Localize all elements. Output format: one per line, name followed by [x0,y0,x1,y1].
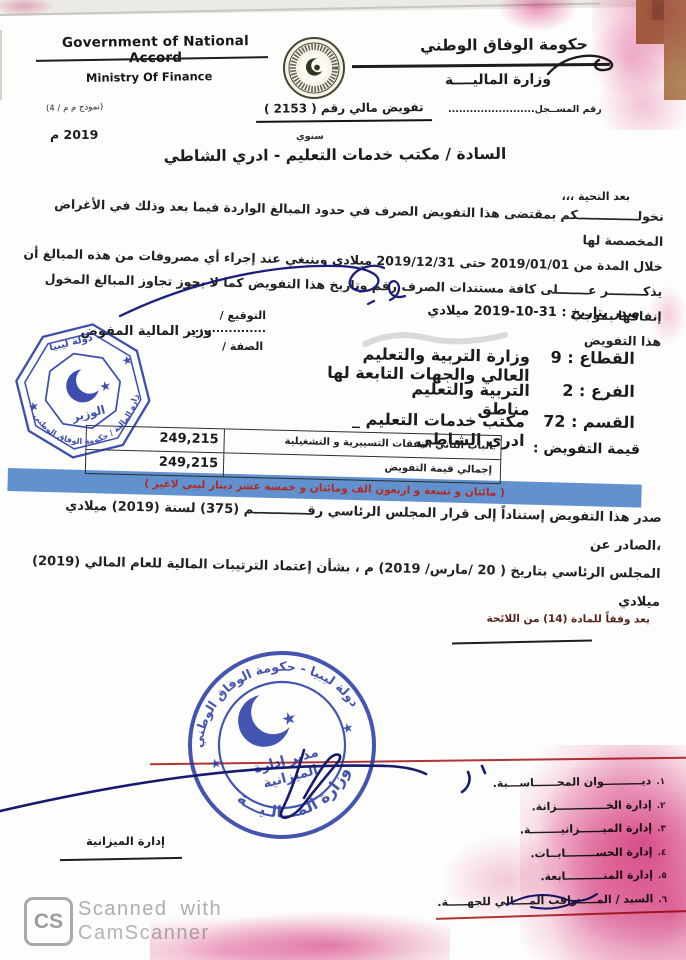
regulation-note-rule [452,640,592,645]
camscanner-logo: CS [24,897,73,946]
item-label: إدارة الحســــــــابــات. [530,845,652,860]
octagon-stamp-country: دولة ليبيا [48,332,94,353]
signer-title-label: الصفة / [222,340,263,353]
regulation-note: يعد وفقاً للمادة (14) من اللائحة [430,612,650,625]
item-number: ٦. [658,894,667,904]
octagon-star-right-icon: ★ [120,352,134,368]
item-number: ٢. [657,800,666,810]
sector-label: القطاع : 9 [530,347,635,368]
header-subtitle-en: Ministry Of Finance [86,69,213,85]
list-item: ٥.إدارة المتــــــــــابعة. [422,864,667,892]
item-number: ٤. [657,847,666,857]
form-code: (نموذج م م / 4) [46,102,104,114]
legal-basis: صدر هذا التفويض إستناداً إلى قرار المجلس… [20,492,662,617]
item-label: إدارة المتــــــــــابعة. [540,868,653,883]
fiscal-year: 2019 م [50,127,98,142]
round-stamp-star-right-icon: ★ [340,720,355,738]
faint-pencil-mark [360,326,510,354]
section-label: القسم : 72 [525,411,635,432]
item-label: ديــــــــــوان المحــــــاســـبة. [493,774,652,790]
government-emblem [282,36,346,100]
item-number: ٥. [658,871,667,881]
camscanner-watermark-line2: CamScanner [78,922,210,945]
addressee-line: السادة / مكتب خدمات التعليم - ادري الشاط… [100,144,570,165]
register-number-label: رقم المســجل........................ [448,104,602,115]
budget-department-rule [60,857,182,861]
header-title-en: Government of National Accord [38,33,273,67]
item-number: ١. [656,777,665,787]
controller-initials-signature [503,889,603,913]
desk-edge [664,0,686,100]
octagon-star-left-icon: ★ [27,398,41,414]
item-label: إدارة الميــــــزانيــــــــة. [520,821,653,836]
page-edge-corner [0,30,12,100]
octagon-star-icon: ★ [98,378,113,395]
minister-signature [116,252,416,324]
period-annual: سنوي [296,131,324,142]
item-number: ٣. [657,824,666,834]
pen-mark-top-right [546,50,624,80]
amount-section-label: قيمة التفويض : [520,440,640,458]
budget-director-signature [0,740,496,840]
document-number-title: تفويض مالي رقم ( 2153 ) [256,100,432,123]
branch-label: الفرع : 2 [530,380,635,401]
camscanner-watermark-line1: Scanned with [78,898,222,921]
legal-line-2: المجلس الرئاسي بتاريخ ( 20 /مارس/ 2019) … [20,548,661,617]
item-label: إدارة الخـــــــــــــزانة. [531,798,651,813]
